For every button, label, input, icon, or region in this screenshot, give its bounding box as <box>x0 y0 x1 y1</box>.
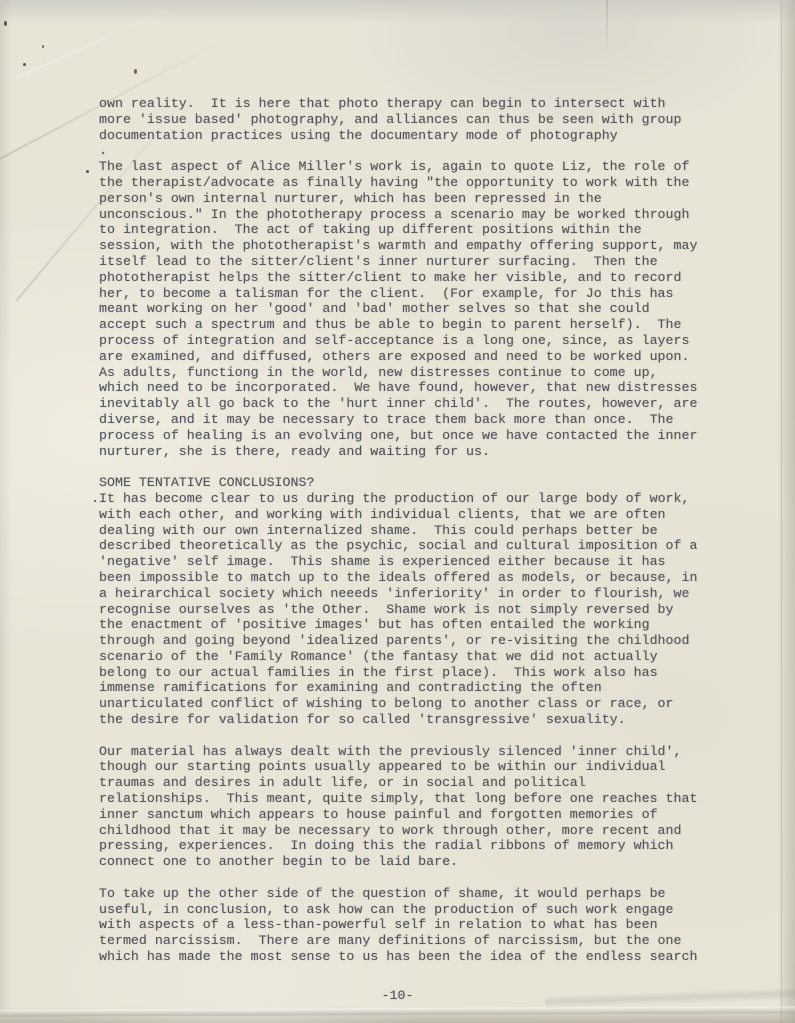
text-line: unconscious." In the phototherapy proces… <box>99 207 749 223</box>
blank-line-3 <box>99 870 749 886</box>
text-line: . <box>99 143 749 159</box>
text-line: process of healing is an evolving one, b… <box>99 428 749 444</box>
paragraph-3: .It has become clear to us during the pr… <box>99 491 749 728</box>
text-line: Our material has always dealt with the p… <box>99 744 749 760</box>
text-line: person's own internal nurturer, which ha… <box>99 191 749 207</box>
text-line: nurturer, she is there, ready and waitin… <box>99 444 749 460</box>
text-line: dealing with our own internalized shame.… <box>99 523 749 539</box>
text-line: connect one to another begin to be laid … <box>99 854 749 870</box>
paper-speck <box>42 45 44 48</box>
blank-line-2 <box>99 728 749 744</box>
text-line: The last aspect of Alice Miller's work i… <box>99 159 749 175</box>
text-line: been impossible to match up to the ideal… <box>99 570 749 586</box>
text-line: To take up the other side of the questio… <box>99 886 749 902</box>
text-line: .It has become clear to us during the pr… <box>99 491 749 507</box>
text-line: more 'issue based' photography, and alli… <box>99 112 749 128</box>
text-line: described theoretically as the psychic, … <box>99 538 749 554</box>
text-line: through and going beyond 'idealized pare… <box>99 633 749 649</box>
heading-line: SOME TENTATIVE CONCLUSIONS? <box>99 475 749 491</box>
text-line: 'negative' self image. This shame is exp… <box>99 554 749 570</box>
paper-speck <box>23 63 26 66</box>
text-line: the desire for validation for so called … <box>99 712 749 728</box>
text-line <box>99 728 749 744</box>
text-line: immense ramifications for examining and … <box>99 680 749 696</box>
text-line: are examined, and diffused, others are e… <box>99 349 749 365</box>
text-line: diverse, and it may be necessary to trac… <box>99 412 749 428</box>
text-line: useful, in conclusion, to ask how can th… <box>99 902 749 918</box>
paper-speck <box>4 21 7 26</box>
paragraph-1: own reality. It is here that photo thera… <box>99 96 749 159</box>
text-line: itself lead to the sitter/client's inner… <box>99 254 749 270</box>
text-line: recognise ourselves as 'the Other. Shame… <box>99 602 749 618</box>
scanned-page: own reality. It is here that photo thera… <box>0 0 795 1023</box>
text-line: accept such a spectrum and thus be able … <box>99 317 749 333</box>
text-line: belong to our actual families in the fir… <box>99 665 749 681</box>
paper-speck <box>134 69 137 74</box>
text-line: session, with the phototherapist's warmt… <box>99 238 749 254</box>
text-line: a heirarchical society which neeeds 'inf… <box>99 586 749 602</box>
text-line: inevitably all go back to the 'hurt inne… <box>99 396 749 412</box>
text-line: which need to be incorporated. We have f… <box>99 380 749 396</box>
text-line: with each other, and working with indivi… <box>99 507 749 523</box>
paragraph-5: To take up the other side of the questio… <box>99 886 749 965</box>
text-line: termed narcissism. There are many defini… <box>99 933 749 949</box>
text-line: pressing, experiences. In doing this the… <box>99 838 749 854</box>
text-line: the enactment of 'positive images' but h… <box>99 617 749 633</box>
paper-crease <box>18 3 183 77</box>
paragraph-4: Our material has always dealt with the p… <box>99 744 749 870</box>
paper-edge <box>781 0 782 1023</box>
typewritten-text: own reality. It is here that photo thera… <box>99 96 749 965</box>
text-line <box>99 459 749 475</box>
text-line: scenario of the 'Family Romance' (the fa… <box>99 649 749 665</box>
paper-speck <box>86 170 89 173</box>
text-line: which has made the most sense to us has … <box>99 949 749 965</box>
text-line: inner sanctum which appears to house pai… <box>99 807 749 823</box>
section-heading: SOME TENTATIVE CONCLUSIONS? <box>99 475 749 491</box>
text-line: meant working on her 'good' and 'bad' mo… <box>99 301 749 317</box>
text-line: own reality. It is here that photo thera… <box>99 96 749 112</box>
text-line: her, to become a talisman for the client… <box>99 286 749 302</box>
text-line: childhood that it may be necessary to wo… <box>99 823 749 839</box>
text-line: process of integration and self-acceptan… <box>99 333 749 349</box>
text-line: the therapist/advocate as finally having… <box>99 175 749 191</box>
text-line: relationships. This meant, quite simply,… <box>99 791 749 807</box>
page-number: -10- <box>0 988 795 1003</box>
text-line: traumas and desires in adult life, or in… <box>99 775 749 791</box>
text-line: with aspects of a less-than-powerful sel… <box>99 917 749 933</box>
blank-line-1 <box>99 459 749 475</box>
text-line <box>99 870 749 886</box>
paper-crease <box>606 0 608 55</box>
paragraph-2: The last aspect of Alice Miller's work i… <box>99 159 749 459</box>
text-line: unarticulated conflict of wishing to bel… <box>99 696 749 712</box>
paper-fold <box>0 1006 795 1016</box>
text-line: documentation practices using the docume… <box>99 128 749 144</box>
text-line: phototherapist helps the sitter/client t… <box>99 270 749 286</box>
text-line: though our starting points usually appea… <box>99 759 749 775</box>
text-line: As adults, functiong in the world, new d… <box>99 365 749 381</box>
text-line: to integration. The act of taking up dif… <box>99 222 749 238</box>
